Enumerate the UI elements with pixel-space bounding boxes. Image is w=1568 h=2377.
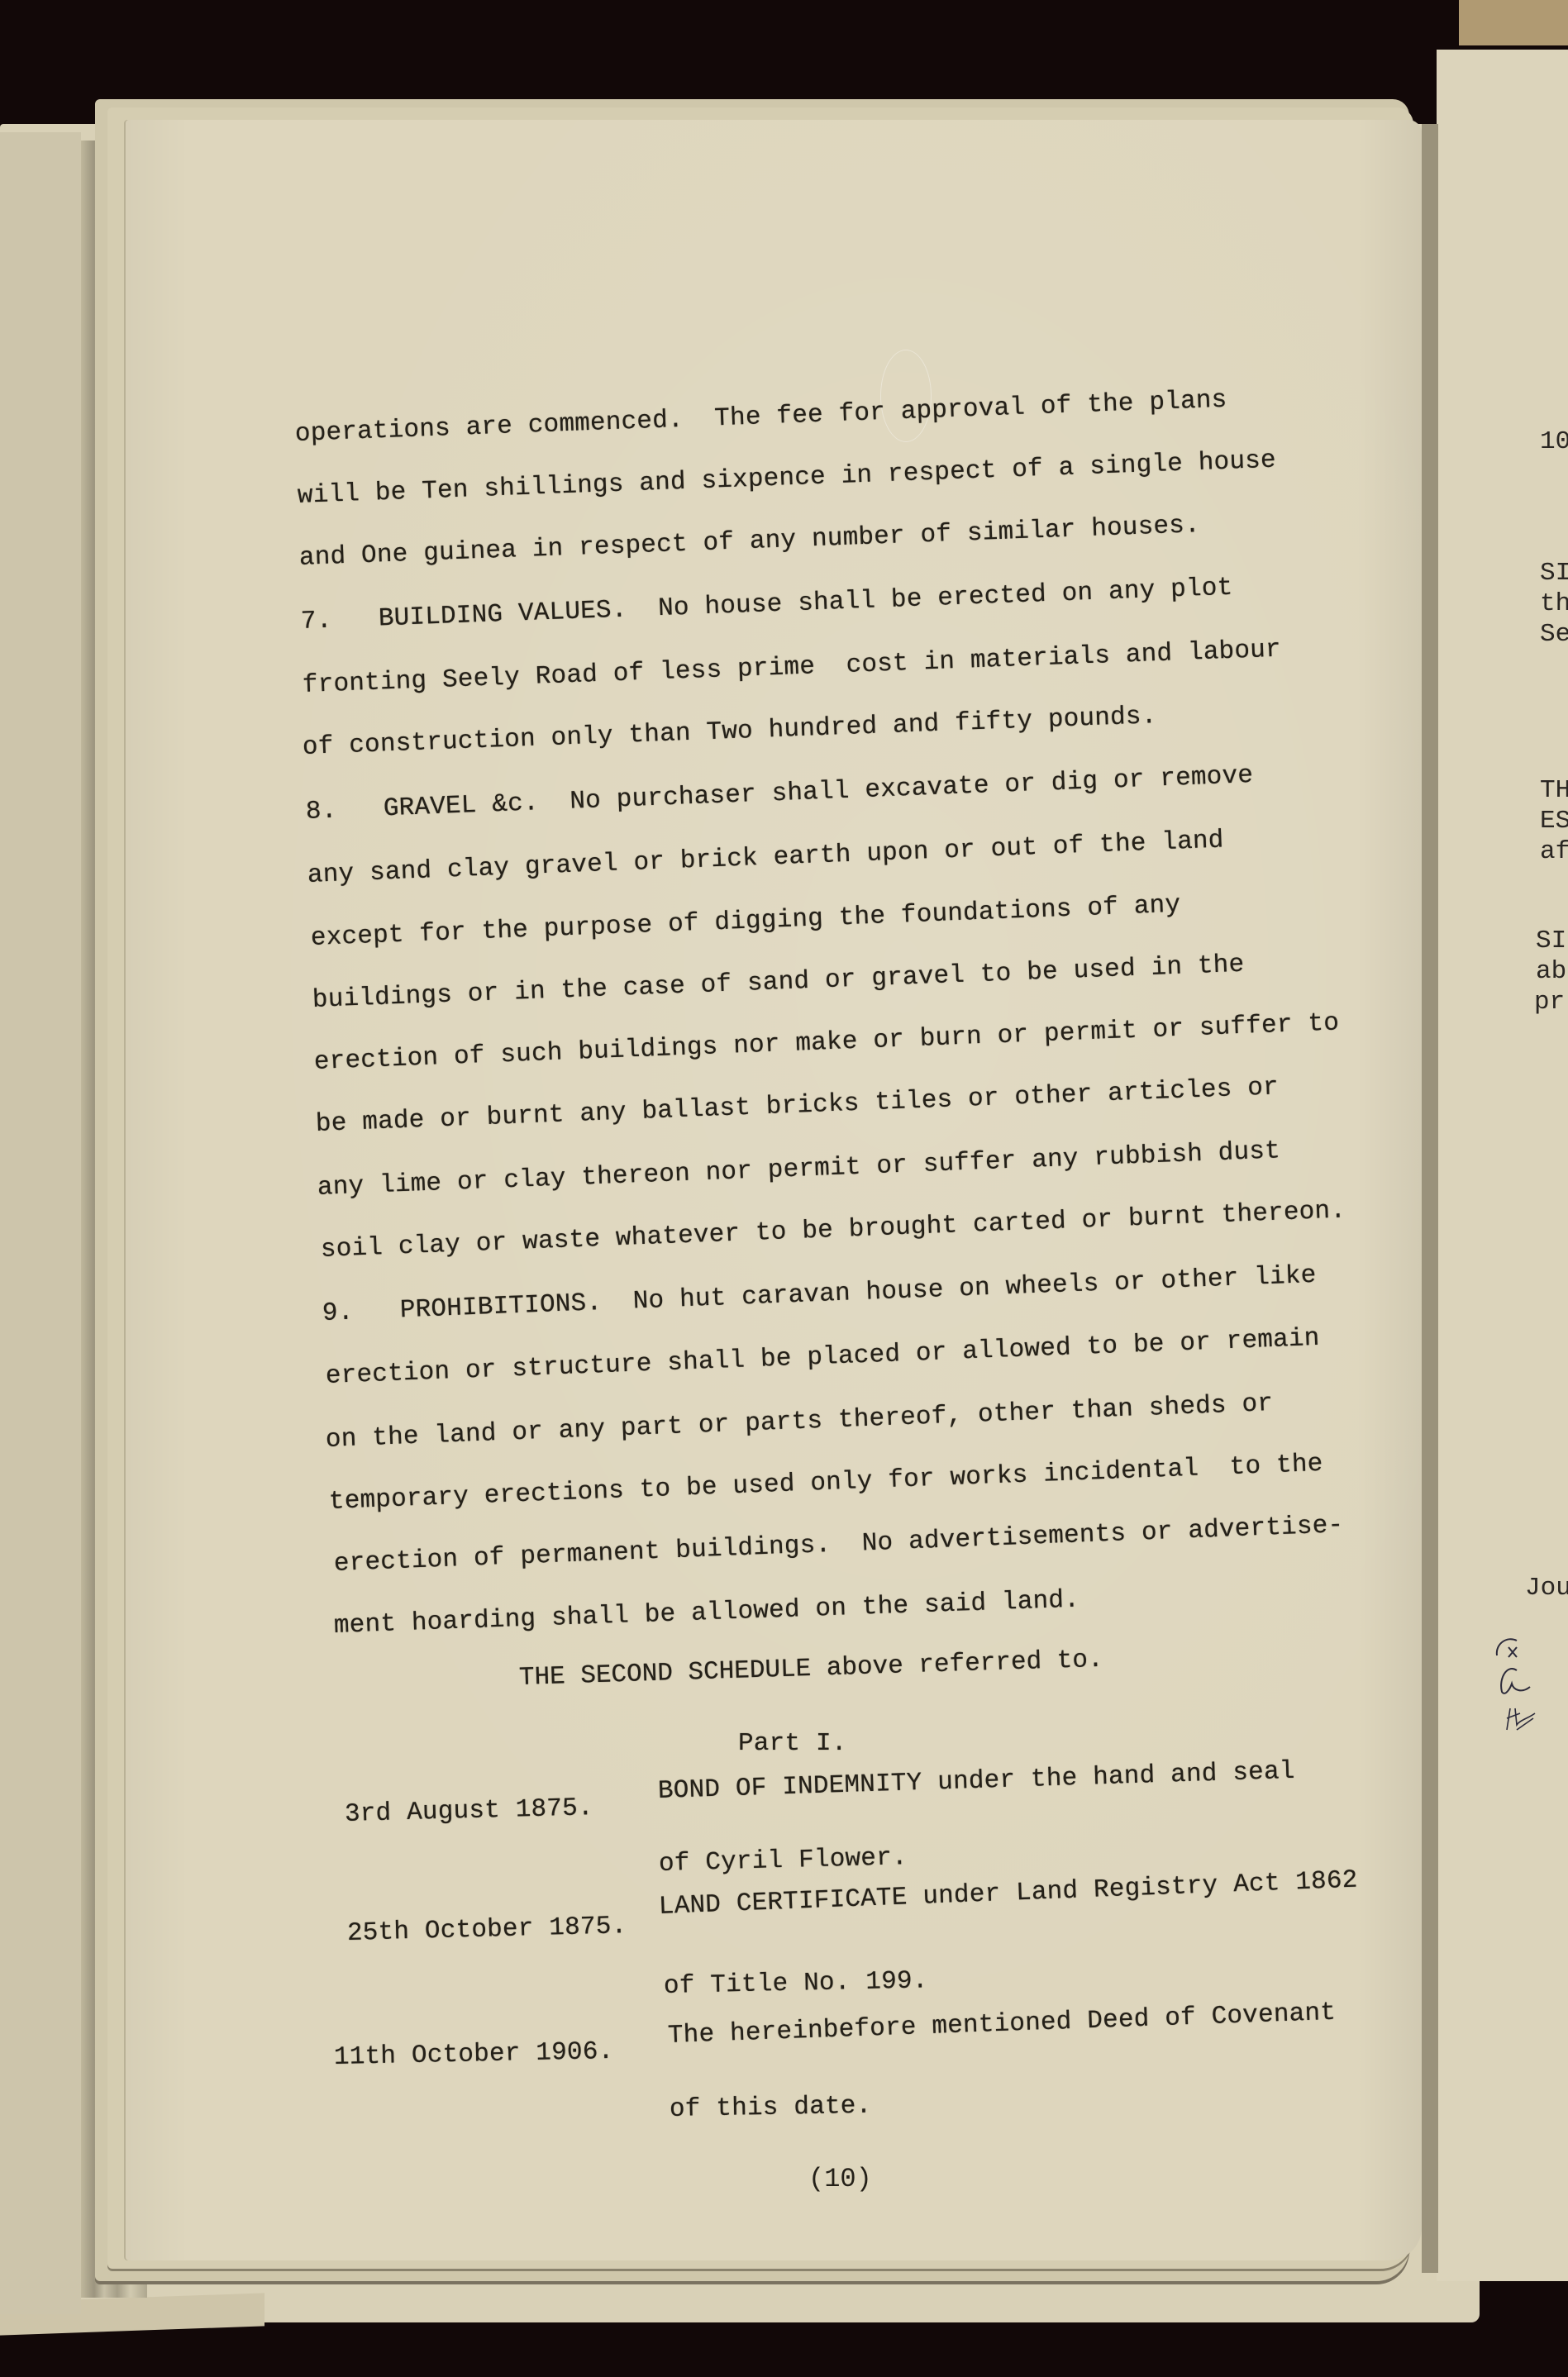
schedule-entry-date: 11th October 1906. <box>334 2037 614 2072</box>
right-page-fragment: ES <box>1540 806 1568 836</box>
right-page-fragment: 10 <box>1540 426 1568 457</box>
right-page-fragment: pr <box>1534 987 1565 1017</box>
schedule-entry-desc: of this date. <box>670 2092 872 2124</box>
page-number: (10) <box>808 2164 872 2194</box>
left-underlying-page <box>0 132 81 2314</box>
right-page-fragment: th <box>1540 588 1568 619</box>
right-page-fragment: SI <box>1540 558 1568 588</box>
right-gutter <box>1422 124 1438 2273</box>
embossed-seal-icon <box>880 350 932 442</box>
right-page-fragment: TH <box>1540 775 1568 806</box>
right-page-fragment: ab <box>1536 956 1566 987</box>
schedule-part-label: Part I. <box>738 1729 847 1758</box>
right-page-fragment: Se <box>1540 619 1568 650</box>
right-page-fragment: af <box>1540 836 1568 867</box>
right-page-fragment: SI <box>1536 926 1566 956</box>
right-facing-page <box>1437 50 1568 2281</box>
right-page-fragment: Jou <box>1525 1573 1568 1603</box>
handwritten-initials-icon <box>1492 1632 1550 1740</box>
schedule-entry-desc: of Title No. 199. <box>664 1966 928 2001</box>
right-cover-corner <box>1459 0 1568 45</box>
